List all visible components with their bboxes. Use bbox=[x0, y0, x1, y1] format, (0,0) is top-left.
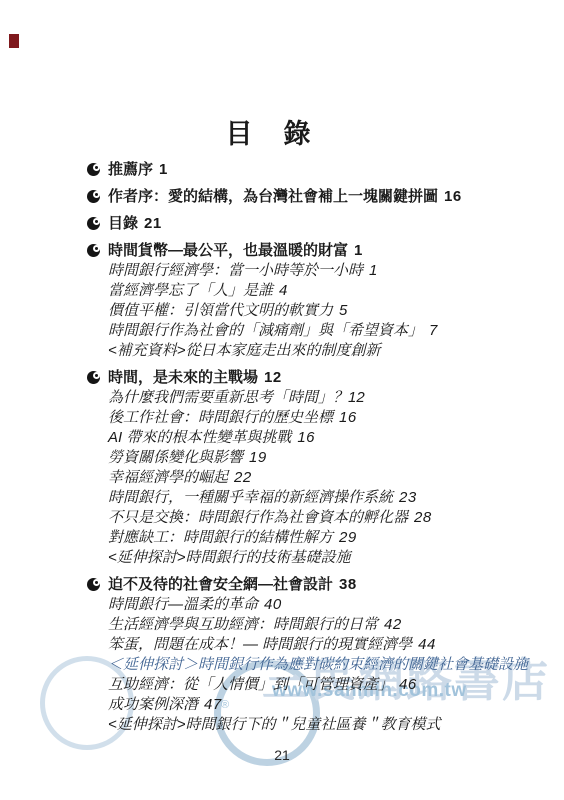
toc-item: 迫不及待的社會安全網—社會設計38 bbox=[108, 575, 548, 595]
toc-item-text: 作者序：愛的結構，為台灣社會補上一塊關鍵拼圖 bbox=[108, 188, 438, 205]
toc-item: 勞資關係變化與影響19 bbox=[108, 448, 548, 468]
toc-item-page: 1 bbox=[369, 262, 378, 279]
toc-item: 對應缺工：時間銀行的結構性解方29 bbox=[108, 528, 548, 548]
toc-item-page: 44 bbox=[418, 636, 436, 653]
toc-item: 時間貨幣—最公平，也最溫暖的財富1 bbox=[108, 241, 548, 261]
toc-item: 時間銀行—溫柔的革命40 bbox=[108, 595, 548, 615]
toc-item-text: 幸福經濟學的崛起 bbox=[108, 469, 228, 486]
toc-item-text: ＜延伸探討＞時間銀行作為應對碳約束經濟的關鍵社會基礎設施 bbox=[108, 656, 528, 673]
toc-item: 成功案例深潛47 bbox=[108, 695, 548, 715]
toc-item-text: 推薦序 bbox=[108, 161, 153, 178]
toc-item-page: 16 bbox=[339, 409, 357, 426]
toc-item: 時間，是未來的主戰場12 bbox=[108, 368, 548, 388]
toc-item: <補充資料>從日本家庭走出來的制度創新 bbox=[108, 341, 548, 361]
section-ball-icon bbox=[87, 163, 100, 176]
toc-item-page: 1 bbox=[354, 242, 363, 259]
toc-item-text: 後工作社會：時間銀行的歷史坐標 bbox=[108, 409, 333, 426]
toc-item-page: 12 bbox=[264, 369, 282, 386]
toc-item-page: 40 bbox=[264, 596, 282, 613]
toc-item: 作者序：愛的結構，為台灣社會補上一塊關鍵拼圖16 bbox=[108, 187, 548, 207]
toc-item-text: 時間銀行，一種關乎幸福的新經濟操作系統 bbox=[108, 489, 393, 506]
toc-item: 後工作社會：時間銀行的歷史坐標16 bbox=[108, 408, 548, 428]
toc-item: 推薦序1 bbox=[108, 160, 548, 180]
toc-item-text: <補充資料>從日本家庭走出來的制度創新 bbox=[108, 342, 381, 359]
toc-item-page: 16 bbox=[444, 188, 462, 205]
toc-item-text: 成功案例深潛 bbox=[108, 696, 198, 713]
toc-item-text: <延伸探討>時間銀行的技術基礎設施 bbox=[108, 549, 351, 566]
toc-item-page: 4 bbox=[279, 282, 288, 299]
toc-item: 時間銀行作為社會的「減痛劑」與「希望資本」7 bbox=[108, 321, 548, 341]
toc-item-page: 47 bbox=[204, 696, 222, 713]
toc-item-page: 19 bbox=[249, 449, 267, 466]
page-number: 21 bbox=[0, 747, 564, 763]
toc-item: 時間銀行，一種關乎幸福的新經濟操作系統23 bbox=[108, 488, 548, 508]
toc-item-text: <延伸探討>時間銀行下的＂兒童社區養＂教育模式 bbox=[108, 716, 441, 733]
section-ball-icon bbox=[87, 371, 100, 384]
toc-item: 笨蛋，問題在成本！— 時間銀行的現實經濟學44 bbox=[108, 635, 548, 655]
toc-item: 不只是交換：時間銀行作為社會資本的孵化器28 bbox=[108, 508, 548, 528]
toc-item-page: 46 bbox=[399, 676, 417, 693]
toc-item: 價值平權：引領當代文明的軟實力5 bbox=[108, 301, 548, 321]
toc-item-text: AI 帶來的根本性變革與挑戰 bbox=[108, 429, 291, 446]
toc-item-page: 5 bbox=[339, 302, 348, 319]
toc-item: 生活經濟學與互助經濟：時間銀行的日常42 bbox=[108, 615, 548, 635]
toc-item: 為什麼我們需要重新思考「時間」？12 bbox=[108, 388, 548, 408]
toc-item-page: 1 bbox=[159, 161, 168, 178]
toc-item-page: 42 bbox=[384, 616, 402, 633]
toc-item-page: 29 bbox=[339, 529, 357, 546]
toc-item-text: 時間銀行作為社會的「減痛劑」與「希望資本」 bbox=[108, 322, 423, 339]
toc-item: 幸福經濟學的崛起22 bbox=[108, 468, 548, 488]
page-title: 目 錄 bbox=[0, 112, 564, 151]
toc-item-text: 生活經濟學與互助經濟：時間銀行的日常 bbox=[108, 616, 378, 633]
toc-item-text: 目錄 bbox=[108, 215, 138, 232]
toc-list: 推薦序1作者序：愛的結構，為台灣社會補上一塊關鍵拼圖16目錄21時間貨幣—最公平… bbox=[108, 160, 548, 735]
toc-item: 互助經濟：從「人情價」到「可管理資產」46 bbox=[108, 675, 548, 695]
toc-item-text: 時間貨幣—最公平，也最溫暖的財富 bbox=[108, 242, 348, 259]
section-ball-icon bbox=[87, 190, 100, 203]
toc-item-page: 28 bbox=[414, 509, 432, 526]
toc-item: 目錄21 bbox=[108, 214, 548, 234]
toc-item: 當經濟學忘了「人」是誰4 bbox=[108, 281, 548, 301]
toc-item: <延伸探討>時間銀行的技術基礎設施 bbox=[108, 548, 548, 568]
toc-item-text: 笨蛋，問題在成本！— 時間銀行的現實經濟學 bbox=[108, 636, 412, 653]
toc-item: 時間銀行經濟學：當一小時等於一小時1 bbox=[108, 261, 548, 281]
toc-item-page: 7 bbox=[429, 322, 438, 339]
toc-item-text: 價值平權：引領當代文明的軟實力 bbox=[108, 302, 333, 319]
toc-item-page: 16 bbox=[297, 429, 315, 446]
toc-item-text: 當經濟學忘了「人」是誰 bbox=[108, 282, 273, 299]
red-corner-mark bbox=[9, 34, 19, 48]
toc-item-text: 迫不及待的社會安全網—社會設計 bbox=[108, 576, 333, 593]
section-ball-icon bbox=[87, 217, 100, 230]
toc-item-page: 22 bbox=[234, 469, 252, 486]
toc-item-text: 勞資關係變化與影響 bbox=[108, 449, 243, 466]
toc-item-text: 時間，是未來的主戰場 bbox=[108, 369, 258, 386]
toc-item: AI 帶來的根本性變革與挑戰16 bbox=[108, 428, 548, 448]
section-ball-icon bbox=[87, 578, 100, 591]
toc-item-page: 21 bbox=[144, 215, 162, 232]
toc-item-page: 23 bbox=[399, 489, 417, 506]
toc-item-text: 時間銀行—溫柔的革命 bbox=[108, 596, 258, 613]
toc-item-page: 38 bbox=[339, 576, 357, 593]
toc-item-text: 時間銀行經濟學：當一小時等於一小時 bbox=[108, 262, 363, 279]
toc-item: ＜延伸探討＞時間銀行作為應對碳約束經濟的關鍵社會基礎設施 bbox=[108, 655, 548, 675]
toc-item-text: 為什麼我們需要重新思考「時間」？12 bbox=[108, 389, 365, 406]
section-ball-icon bbox=[87, 244, 100, 257]
toc-item-text: 互助經濟：從「人情價」到「可管理資產」 bbox=[108, 676, 393, 693]
toc-item: <延伸探討>時間銀行下的＂兒童社區養＂教育模式 bbox=[108, 715, 548, 735]
toc-item-text: 對應缺工：時間銀行的結構性解方 bbox=[108, 529, 333, 546]
toc-item-text: 不只是交換：時間銀行作為社會資本的孵化器 bbox=[108, 509, 408, 526]
